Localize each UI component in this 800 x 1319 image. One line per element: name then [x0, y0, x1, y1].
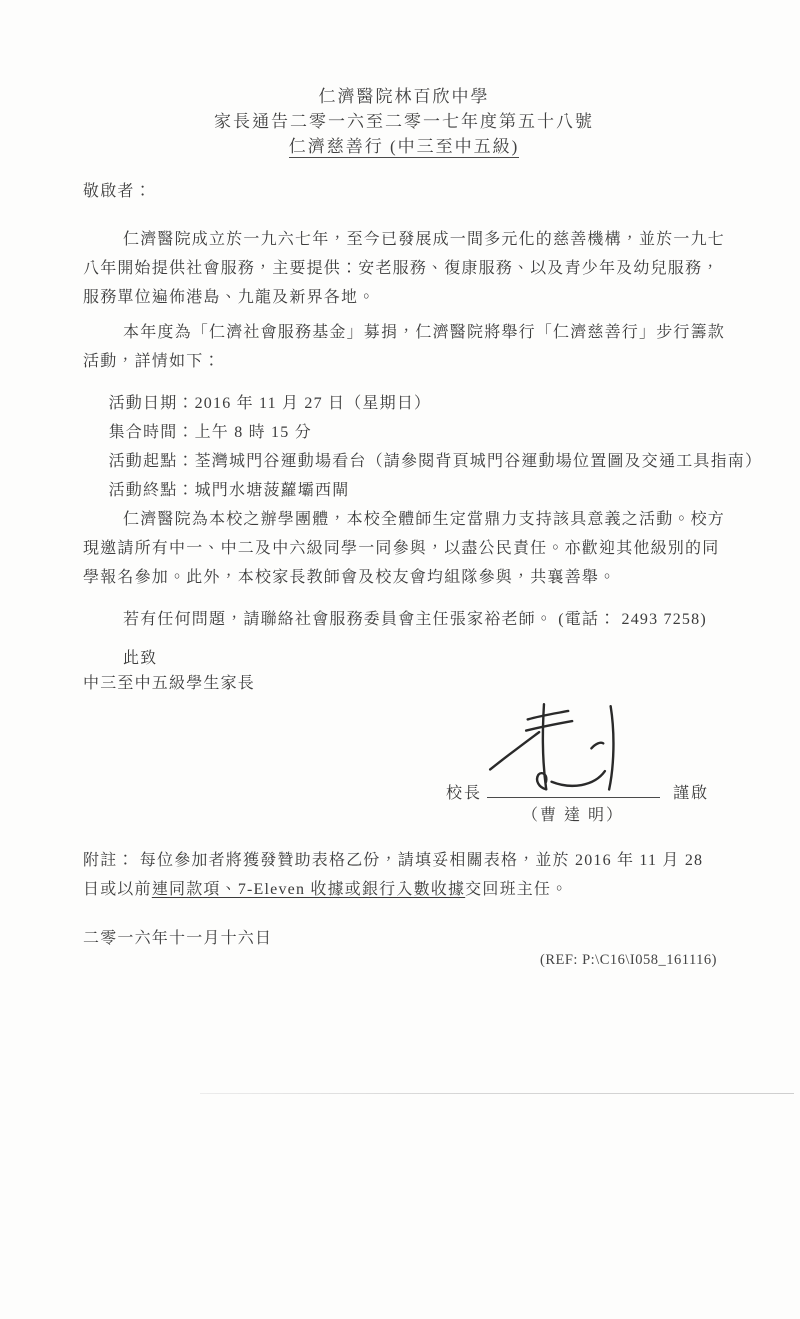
footnote-underlined: 連同款項、7-Eleven 收據或銀行入數收據 — [152, 881, 465, 898]
document-ref: (REF: P:\C16\I058_161116) — [83, 952, 725, 969]
closing-cizhi: 此致 — [83, 646, 725, 671]
event-time-label: 集合時間： — [109, 424, 195, 441]
scan-artifact-line — [200, 1093, 794, 1094]
notice-number: 家長通告二零一六至二零一七年度第五十八號 — [83, 109, 725, 134]
paragraph-contact: 若有任何問題，請聯絡社會服務委員會主任張家裕老師。 (電話： 2493 7258… — [83, 605, 725, 634]
footnote-label: 附註： — [83, 852, 135, 869]
event-end-row: 活動終點：城門水塘菠蘿壩西閘 — [109, 476, 725, 505]
notice-content: 仁濟醫院林百欣中學 家長通告二零一六至二零一七年度第五十八號 仁濟慈善行 (中三… — [83, 0, 725, 969]
event-date-label: 活動日期： — [109, 395, 195, 412]
footnote-part2: 交回班主任。 — [465, 881, 568, 898]
document-date: 二零一六年十一月十六日 — [83, 930, 725, 948]
paragraph-event-announcement: 本年度為「仁濟社會服務基金」募捐，仁濟醫院將舉行「仁濟慈善行」步行籌款活動，詳情… — [83, 318, 725, 376]
signature-printed-name: （曹 達 明） — [483, 802, 663, 825]
event-date-value: 2016 年 11 月 27 日（星期日） — [195, 395, 432, 412]
event-start-row: 活動起點：荃灣城門谷運動場看台（請參閱背頁城門谷運動場位置圖及交通工具指南） — [109, 447, 725, 476]
signature-role-label: 校長 — [446, 780, 482, 803]
signature-line — [487, 780, 660, 798]
notice-header: 仁濟醫院林百欣中學 家長通告二零一六至二零一七年度第五十八號 仁濟慈善行 (中三… — [83, 84, 725, 159]
salutation: 敬啟者： — [83, 180, 725, 204]
event-start-label: 活動起點： — [109, 453, 195, 470]
event-end-label: 活動終點： — [109, 482, 195, 499]
school-name: 仁濟醫院林百欣中學 — [83, 84, 725, 109]
event-time-row: 集合時間：上午 8 時 15 分 — [109, 418, 725, 447]
event-details-list: 活動日期：2016 年 11 月 27 日（星期日） 集合時間：上午 8 時 1… — [83, 389, 725, 505]
event-end-value: 城門水塘菠蘿壩西閘 — [195, 482, 350, 499]
event-start-value: 荃灣城門谷運動場看台（請參閱背頁城門谷運動場位置圖及交通工具指南） — [195, 453, 763, 470]
footnote: 附註： 每位參加者將獲發贊助表格乙份，請填妥相關表格，並於 2016 年 11 … — [83, 846, 725, 904]
paragraph-participation: 仁濟醫院為本校之辦學團體，本校全體師生定當鼎力支持該具意義之活動。校方現邀請所有… — [83, 505, 725, 592]
signature-block: 校長 謹啟 （曹 達 明） — [83, 696, 725, 846]
signature-respect-label: 謹啟 — [673, 780, 709, 803]
event-date-row: 活動日期：2016 年 11 月 27 日（星期日） — [109, 389, 725, 418]
event-time-value: 上午 8 時 15 分 — [195, 424, 312, 441]
scanned-notice-page: 仁濟醫院林百欣中學 家長通告二零一六至二零一七年度第五十八號 仁濟慈善行 (中三… — [0, 0, 800, 1319]
notice-subject: 仁濟慈善行 (中三至中五級) — [83, 134, 725, 159]
notice-subject-text: 仁濟慈善行 (中三至中五級) — [289, 137, 520, 158]
closing-recipient: 中三至中五級學生家長 — [83, 671, 725, 696]
paragraph-intro: 仁濟醫院成立於一九六七年，至今已發展成一間多元化的慈善機構，並於一九七八年開始提… — [83, 225, 725, 312]
